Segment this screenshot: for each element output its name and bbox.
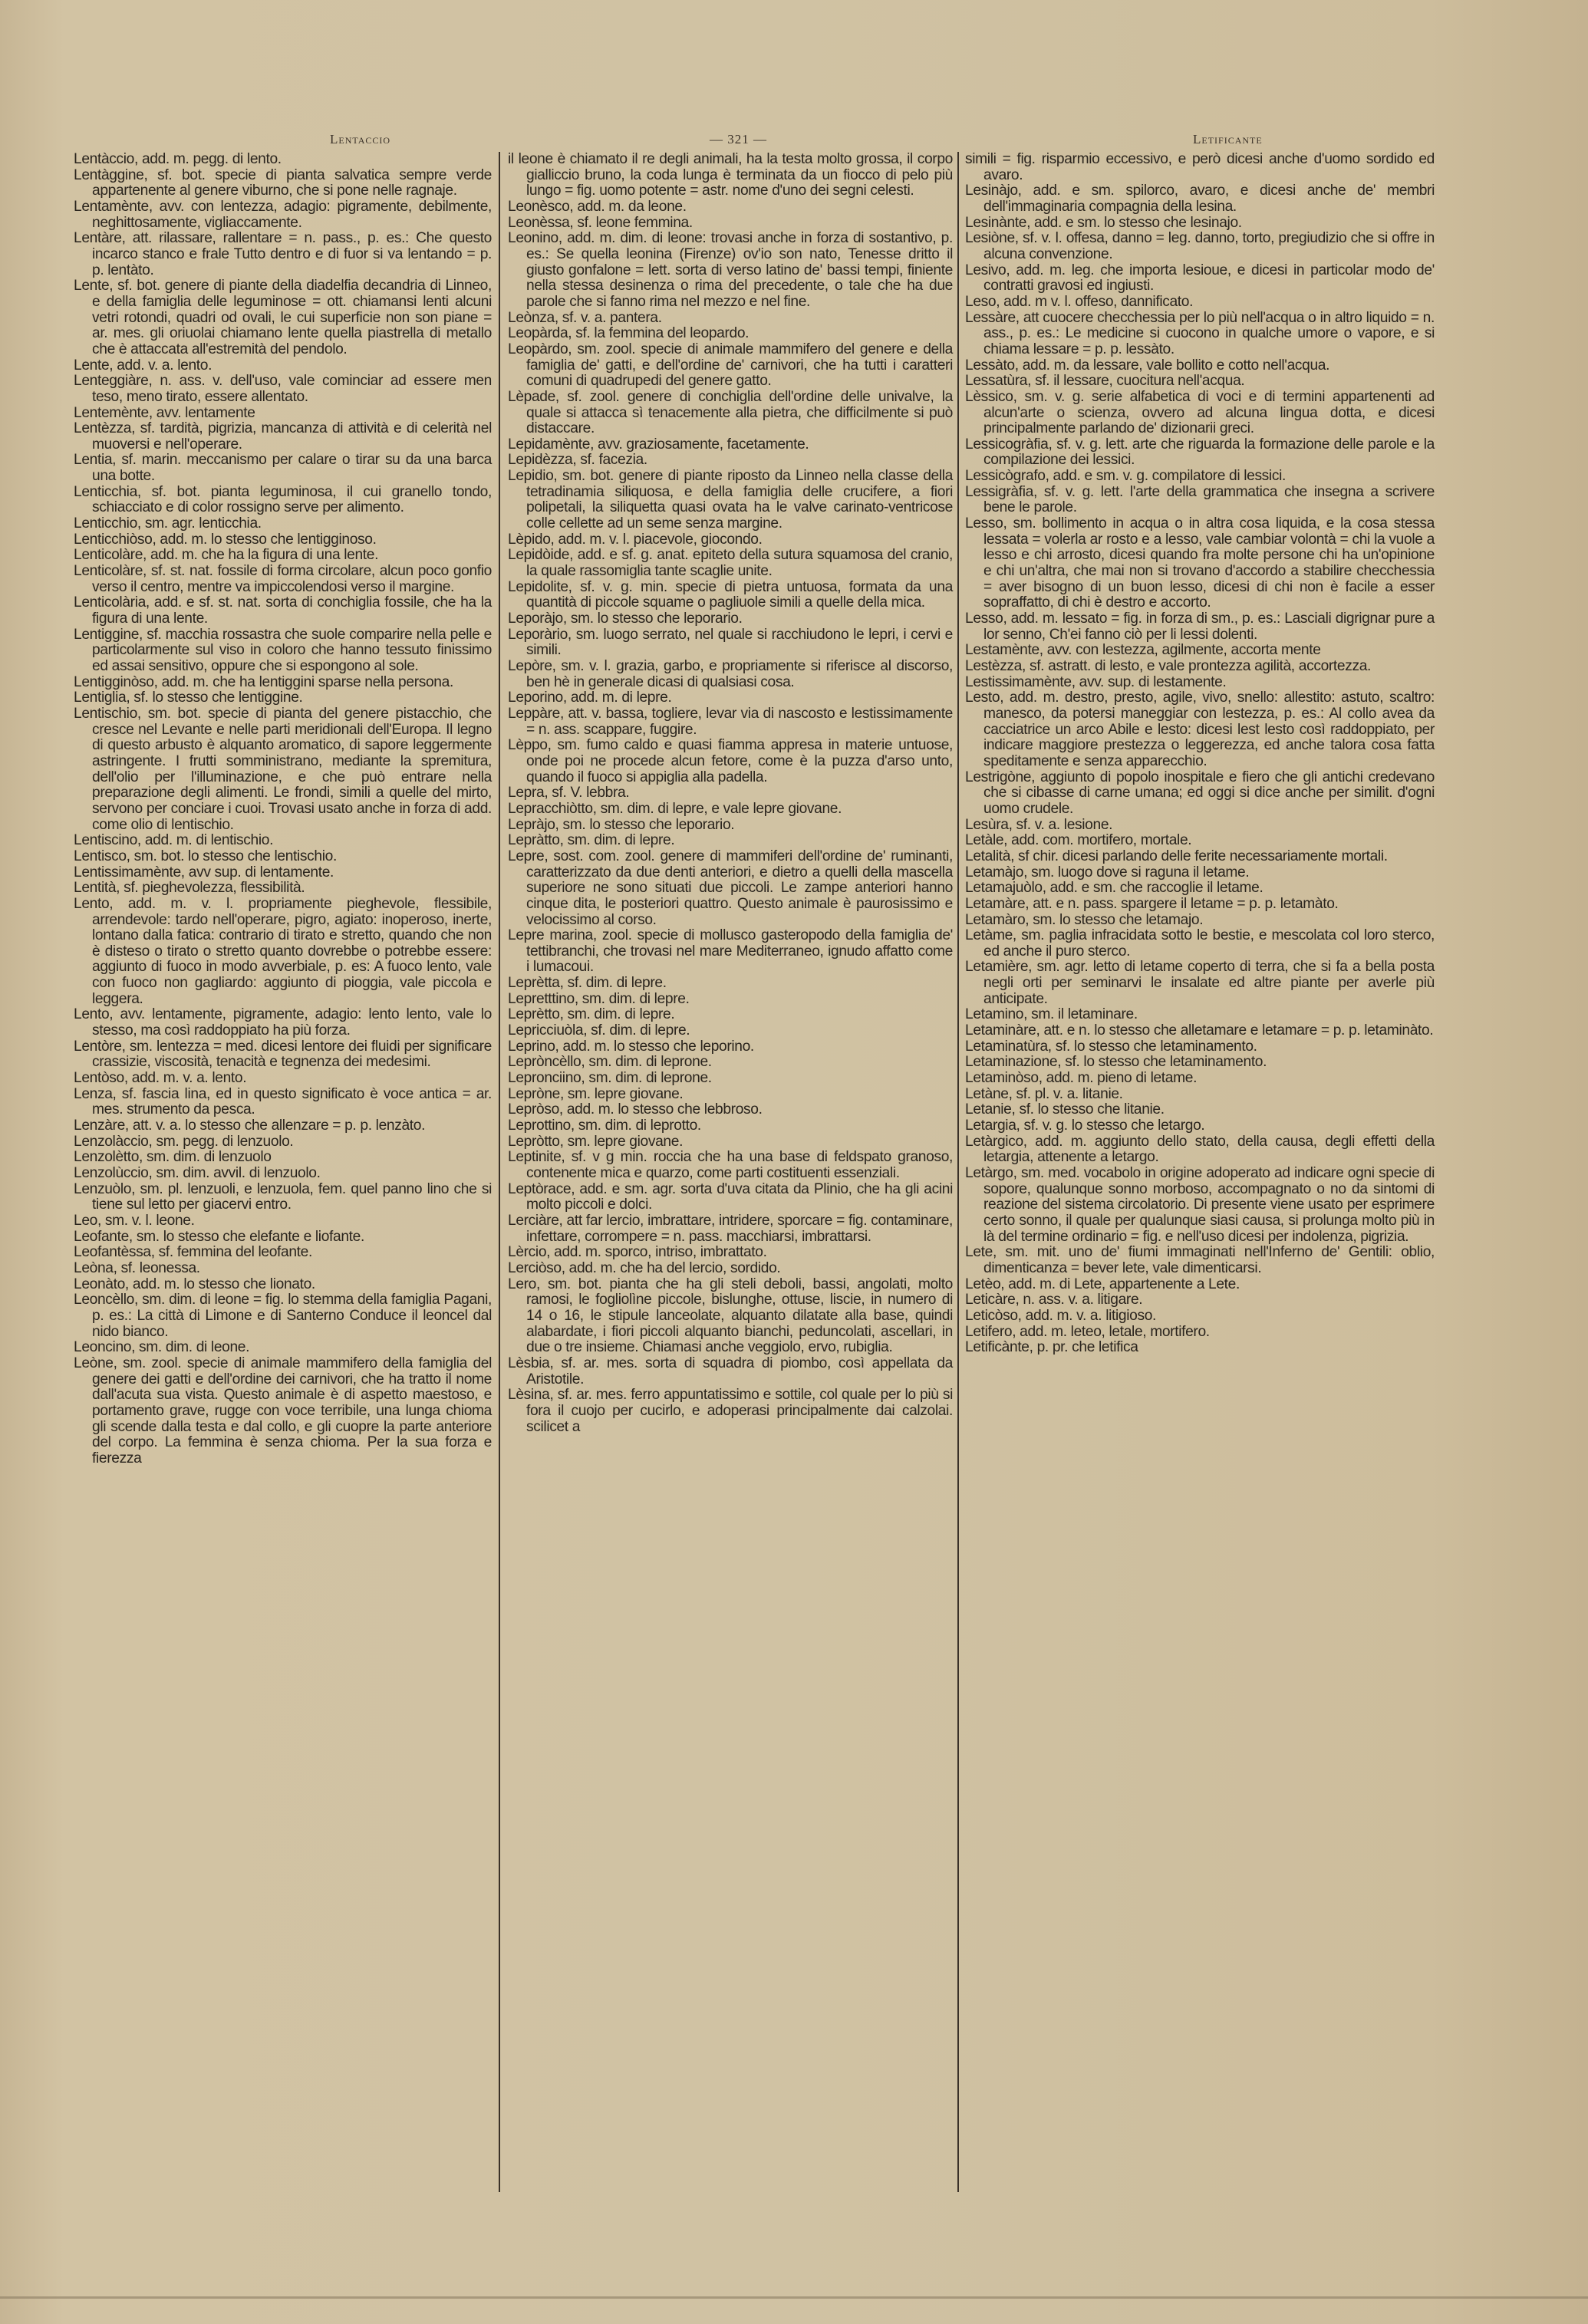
dictionary-entry: Leprètta, sf. dim. di lepre. xyxy=(508,976,953,992)
dictionary-entry: Leoncèllo, sm. dim. di leone = fig. lo s… xyxy=(74,1292,492,1340)
dictionary-entry: Lepòre, sm. v. l. grazia, garbo, e propr… xyxy=(508,659,953,690)
dictionary-entry: Lenticolària, add. e sf. st. nat. sorta … xyxy=(74,595,492,627)
dictionary-entry: Letàne, sf. pl. v. a. litanie. xyxy=(965,1087,1435,1103)
dictionary-entry: Lèpido, add. m. v. l. piacevole, giocond… xyxy=(508,532,953,548)
dictionary-entry: Letàle, add. com. mortifero, mortale. xyxy=(965,833,1435,849)
dictionary-entry: Lenticolàre, add. m. che ha la figura di… xyxy=(74,548,492,564)
dictionary-entry: Lepracchiòtto, sm. dim. di lepre, e vale… xyxy=(508,802,953,818)
dictionary-entry: Leporàjo, sm. lo stesso che leporario. xyxy=(508,611,953,627)
dictionary-entry: Lepretttino, sm. dim. di lepre. xyxy=(508,992,953,1008)
dictionary-entry: Lepidio, sm. bot. genere di piante ripos… xyxy=(508,469,953,532)
dictionary-entry: Lentità, sf. pieghevolezza, flessibilità… xyxy=(74,881,492,897)
dictionary-entry: Lenticchio, sm. agr. lenticchia. xyxy=(74,516,492,532)
dictionary-entry: Lesivo, add. m. leg. che importa lesioue… xyxy=(965,263,1435,295)
dictionary-entry: Leòne, sm. zool. specie di animale mammi… xyxy=(74,1356,492,1467)
dictionary-entry: Lenzuòlo, sm. pl. lenzuoli, e lenzuola, … xyxy=(74,1182,492,1213)
dictionary-entry: Lente, sf. bot. genere di piante della d… xyxy=(74,278,492,357)
dictionary-entry: Leopàrda, sf. la femmina del leopardo. xyxy=(508,326,953,342)
column-middle: il leone è chiamato il re degli animali,… xyxy=(508,152,953,1435)
dictionary-entry: Leofante, sm. lo stesso che elefante e l… xyxy=(74,1229,492,1246)
dictionary-entry: Lentigginòso, add. m. che ha lentiggini … xyxy=(74,675,492,691)
dictionary-entry: Lèsbia, sf. ar. mes. sorta di squadra di… xyxy=(508,1356,953,1387)
dictionary-entry: Lestrigòne, aggiunto di popolo inospital… xyxy=(965,770,1435,818)
dictionary-entry: Lentòso, add. m. v. a. lento. xyxy=(74,1071,492,1087)
dictionary-entry: Letamàre, att. e n. pass. spargere il le… xyxy=(965,897,1435,913)
dictionary-entry: Lepràjo, sm. lo stesso che leporario. xyxy=(508,818,953,834)
dictionary-entry: Leo, sm. v. l. leone. xyxy=(74,1213,492,1229)
dictionary-entry: Lete, sm. mit. uno de' fiumi immaginati … xyxy=(965,1245,1435,1276)
dictionary-entry: Lepre marina, zool. specie di mollusco g… xyxy=(508,928,953,976)
dictionary-entry: Letamière, sm. agr. letto di letame cope… xyxy=(965,960,1435,1007)
dictionary-entry: Lepricciuòla, sf. dim. di lepre. xyxy=(508,1023,953,1039)
running-head-right: Letificante xyxy=(1193,132,1263,147)
column-left: Lentàccio, add. m. pegg. di lento.Lentàg… xyxy=(74,152,492,1466)
dictionary-entry: Lero, sm. bot. pianta che ha gli steli d… xyxy=(508,1277,953,1356)
dictionary-entry: Lenticchiòso, add. m. lo stesso che lent… xyxy=(74,532,492,548)
dictionary-entry: Lesso, sm. bollimento in acqua o in altr… xyxy=(965,516,1435,611)
dictionary-entry: Letèo, add. m. di Lete, appartenente a L… xyxy=(965,1277,1435,1293)
dictionary-entry: Leoncino, sm. dim. di leone. xyxy=(74,1340,492,1356)
dictionary-entry: Lentiscino, add. m. di lentischio. xyxy=(74,833,492,849)
dictionary-entry: Lento, add. m. v. l. propriamente pieghe… xyxy=(74,897,492,1008)
dictionary-entry: Leppàre, att. v. bassa, togliere, levar … xyxy=(508,706,953,738)
dictionary-entry: Letàme, sm. paglia infracidata sotto le … xyxy=(965,928,1435,960)
dictionary-entry: Lesinànte, add. e sm. lo stesso che lesi… xyxy=(965,216,1435,232)
dictionary-entry: Lepròne, sm. lepre giovane. xyxy=(508,1087,953,1103)
dictionary-entry: Lenzolàccio, sm. pegg. di lenzuolo. xyxy=(74,1134,492,1150)
dictionary-entry: Lentisco, sm. bot. lo stesso che lentisc… xyxy=(74,849,492,865)
dictionary-entry: Lepròso, add. m. lo stesso che lebbroso. xyxy=(508,1102,953,1118)
dictionary-entry: Lepidamènte, avv. graziosamente, facetam… xyxy=(508,437,953,453)
dictionary-entry: Lestissimamènte, avv. sup. di lestamente… xyxy=(965,675,1435,691)
dictionary-entry: Lentàre, att. rilassare, rallentare = n.… xyxy=(74,231,492,278)
dictionary-entry: Lepra, sf. V. lebbra. xyxy=(508,785,953,802)
dictionary-entry: Lenza, sf. fascia lina, ed in questo sig… xyxy=(74,1087,492,1118)
column-rule-left xyxy=(499,152,500,2192)
running-head-left: Lentaccio xyxy=(330,132,390,147)
dictionary-entry: Lentiggine, sf. macchia rossastra che su… xyxy=(74,627,492,675)
dictionary-entry: Lentèzza, sf. tardità, pigrizia, mancanz… xyxy=(74,421,492,453)
dictionary-entry: Lentàggine, sf. bot. specie di pianta sa… xyxy=(74,168,492,199)
dictionary-entry: Lepidòide, add. e sf. g. anat. epiteto d… xyxy=(508,548,953,579)
dictionary-entry: Letaminòso, add. m. pieno di letame. xyxy=(965,1071,1435,1087)
page-number: — 321 — xyxy=(710,132,767,147)
dictionary-entry: Letargia, sf. v. g. lo stesso che letarg… xyxy=(965,1118,1435,1134)
page-edge xyxy=(0,2296,1588,2299)
scanned-dictionary-page: Lentaccio — 321 — Letificante Lentàccio,… xyxy=(0,0,1588,2324)
dictionary-entry: Letaminazione, sf. lo stesso che letamin… xyxy=(965,1055,1435,1071)
dictionary-entry: Lentissimamènte, avv sup. di lentamente. xyxy=(74,865,492,881)
dictionary-entry: Leporino, add. m. di lepre. xyxy=(508,690,953,706)
dictionary-entry: Leonèssa, sf. leone femmina. xyxy=(508,216,953,232)
dictionary-entry: Leporàrio, sm. luogo serrato, nel quale … xyxy=(508,627,953,659)
dictionary-entry: Lerciòso, add. m. che ha del lercio, sor… xyxy=(508,1261,953,1277)
dictionary-entry: Leonàto, add. m. lo stesso che lionato. xyxy=(74,1277,492,1293)
dictionary-entry: Letamàro, sm. lo stesso che letamajo. xyxy=(965,913,1435,929)
dictionary-entry: Lepròncèllo, sm. dim. di leprone. xyxy=(508,1055,953,1071)
dictionary-entry: Lentàccio, add. m. pegg. di lento. xyxy=(74,152,492,168)
dictionary-entry: Lessàto, add. m. da lessare, vale bollit… xyxy=(965,358,1435,374)
dictionary-entry: Lentiglia, sf. lo stesso che lentiggine. xyxy=(74,690,492,706)
column-right: simili = fig. risparmio eccessivo, e per… xyxy=(965,152,1435,1356)
dictionary-entry: Lentia, sf. marin. meccanismo per calare… xyxy=(74,453,492,484)
dictionary-entry: Lentischio, sm. bot. specie di pianta de… xyxy=(74,706,492,833)
dictionary-entry: Lentamènte, avv. con lentezza, adagio: p… xyxy=(74,199,492,231)
dictionary-entry: Leonèsco, add. m. da leone. xyxy=(508,199,953,216)
dictionary-entry: Lesso, add. m. lessato = fig. in forza d… xyxy=(965,611,1435,643)
dictionary-entry: Lentòre, sm. lentezza = med. dicesi lent… xyxy=(74,1039,492,1071)
dictionary-entry: Lèppo, sm. fumo caldo e quasi fiamma app… xyxy=(508,738,953,785)
dictionary-entry: Lepidèzza, sf. facezia. xyxy=(508,453,953,469)
dictionary-entry: Lèrcio, add. m. sporco, intriso, imbratt… xyxy=(508,1245,953,1261)
dictionary-entry: Letàrgo, sm. med. vocabolo in origine ad… xyxy=(965,1166,1435,1245)
dictionary-entry: Lenzolètto, sm. dim. di lenzuolo xyxy=(74,1150,492,1166)
dictionary-entry: Leticàre, n. ass. v. a. litigare. xyxy=(965,1292,1435,1308)
dictionary-entry: Lenticolàre, sf. st. nat. fossile di for… xyxy=(74,564,492,595)
dictionary-entry: Leptinite, sf. v g min. roccia che ha un… xyxy=(508,1150,953,1181)
dictionary-entry: Lèsina, sf. ar. mes. ferro appuntatissim… xyxy=(508,1387,953,1435)
dictionary-entry: Letalità, sf chir. dicesi parlando delle… xyxy=(965,849,1435,865)
dictionary-entry: Lesùra, sf. v. a. lesione. xyxy=(965,818,1435,834)
column-rule-right xyxy=(957,152,959,2192)
dictionary-entry: Letamino, sm. il letaminare. xyxy=(965,1007,1435,1023)
dictionary-entry: Lerciàre, att far lercio, imbrattare, in… xyxy=(508,1213,953,1245)
dictionary-entry: Lèpade, sf. zool. genere di conchiglia d… xyxy=(508,390,953,437)
dictionary-entry: Lenteggiàre, n. ass. v. dell'uso, vale c… xyxy=(74,374,492,405)
dictionary-entry: Lessicogràfia, sf. v. g. lett. arte che … xyxy=(965,437,1435,469)
dictionary-entry: Letanie, sf. lo stesso che litanie. xyxy=(965,1102,1435,1118)
dictionary-entry: simili = fig. risparmio eccessivo, e per… xyxy=(965,152,1435,183)
dictionary-entry: Leprètto, sm. dim. di lepre. xyxy=(508,1007,953,1023)
dictionary-entry: Leprottino, sm. dim. di leprotto. xyxy=(508,1118,953,1134)
dictionary-entry: Leonino, add. m. dim. di leone: trovasi … xyxy=(508,231,953,310)
dictionary-entry: Letamajuòlo, add. e sm. che raccoglie il… xyxy=(965,881,1435,897)
dictionary-entry: Leprino, add. m. lo stesso che leporino. xyxy=(508,1039,953,1055)
dictionary-entry: Lenzàre, att. v. a. lo stesso che allenz… xyxy=(74,1118,492,1134)
dictionary-entry: Lepronciino, sm. dim. di leprone. xyxy=(508,1071,953,1087)
dictionary-entry: Lèssico, sm. v. g. serie alfabetica di v… xyxy=(965,390,1435,437)
dictionary-entry: Leticòso, add. m. v. a. litigioso. xyxy=(965,1308,1435,1325)
dictionary-entry: Letaminàre, att. e n. lo stesso che alle… xyxy=(965,1023,1435,1039)
dictionary-entry: Lessàre, att cuocere checchessia per lo … xyxy=(965,311,1435,358)
dictionary-entry: Leopàrdo, sm. zool. specie di animale ma… xyxy=(508,342,953,390)
dictionary-entry: Lepròtto, sm. lepre giovane. xyxy=(508,1134,953,1150)
dictionary-entry: Letifero, add. m. leteo, letale, mortife… xyxy=(965,1325,1435,1341)
dictionary-entry: Lenticchia, sf. bot. pianta leguminosa, … xyxy=(74,485,492,516)
dictionary-entry: Lessatùra, sf. il lessare, cuocitura nel… xyxy=(965,374,1435,390)
dictionary-entry: Letamàjo, sm. luogo dove si raguna il le… xyxy=(965,865,1435,881)
dictionary-entry: il leone è chiamato il re degli animali,… xyxy=(508,152,953,199)
dictionary-entry: Letificànte, p. pr. che letifica xyxy=(965,1340,1435,1356)
dictionary-entry: Lente, add. v. a. lento. xyxy=(74,358,492,374)
dictionary-entry: Leòna, sf. leonessa. xyxy=(74,1261,492,1277)
dictionary-entry: Leptòrace, add. e sm. agr. sorta d'uva c… xyxy=(508,1182,953,1213)
dictionary-entry: Leofantèssa, sf. femmina del leofante. xyxy=(74,1245,492,1261)
dictionary-entry: Lepre, sost. com. zool. genere di mammif… xyxy=(508,849,953,928)
dictionary-entry: Lessigràfia, sf. v. g. lett. l'arte dell… xyxy=(965,485,1435,516)
dictionary-entry: Lesto, add. m. destro, presto, agile, vi… xyxy=(965,690,1435,769)
dictionary-entry: Lenzolùccio, sm. dim. avvil. di lenzuolo… xyxy=(74,1166,492,1182)
dictionary-entry: Letàrgico, add. m. aggiunto dello stato,… xyxy=(965,1134,1435,1166)
dictionary-entry: Lepràtto, sm. dim. di lepre. xyxy=(508,833,953,849)
dictionary-entry: Lessicògrafo, add. e sm. v. g. compilato… xyxy=(965,469,1435,485)
dictionary-entry: Lestèzza, sf. astratt. di lesto, e vale … xyxy=(965,659,1435,675)
dictionary-entry: Leso, add. m v. l. offeso, dannificato. xyxy=(965,295,1435,311)
dictionary-entry: Lestamènte, avv. con lestezza, agilmente… xyxy=(965,643,1435,659)
dictionary-entry: Lepidolite, sf. v. g. min. specie di pie… xyxy=(508,580,953,611)
dictionary-entry: Lento, avv. lentamente, pigramente, adag… xyxy=(74,1007,492,1039)
dictionary-entry: Letaminatùra, sf. lo stesso che letamina… xyxy=(965,1039,1435,1055)
dictionary-entry: Leònza, sf. v. a. pantera. xyxy=(508,311,953,327)
dictionary-entry: Lesinàjo, add. e sm. spilorco, avaro, e … xyxy=(965,183,1435,215)
dictionary-entry: Lesiòne, sf. v. l. offesa, danno = leg. … xyxy=(965,231,1435,262)
dictionary-entry: Lentemènte, avv. lentamente xyxy=(74,406,492,422)
